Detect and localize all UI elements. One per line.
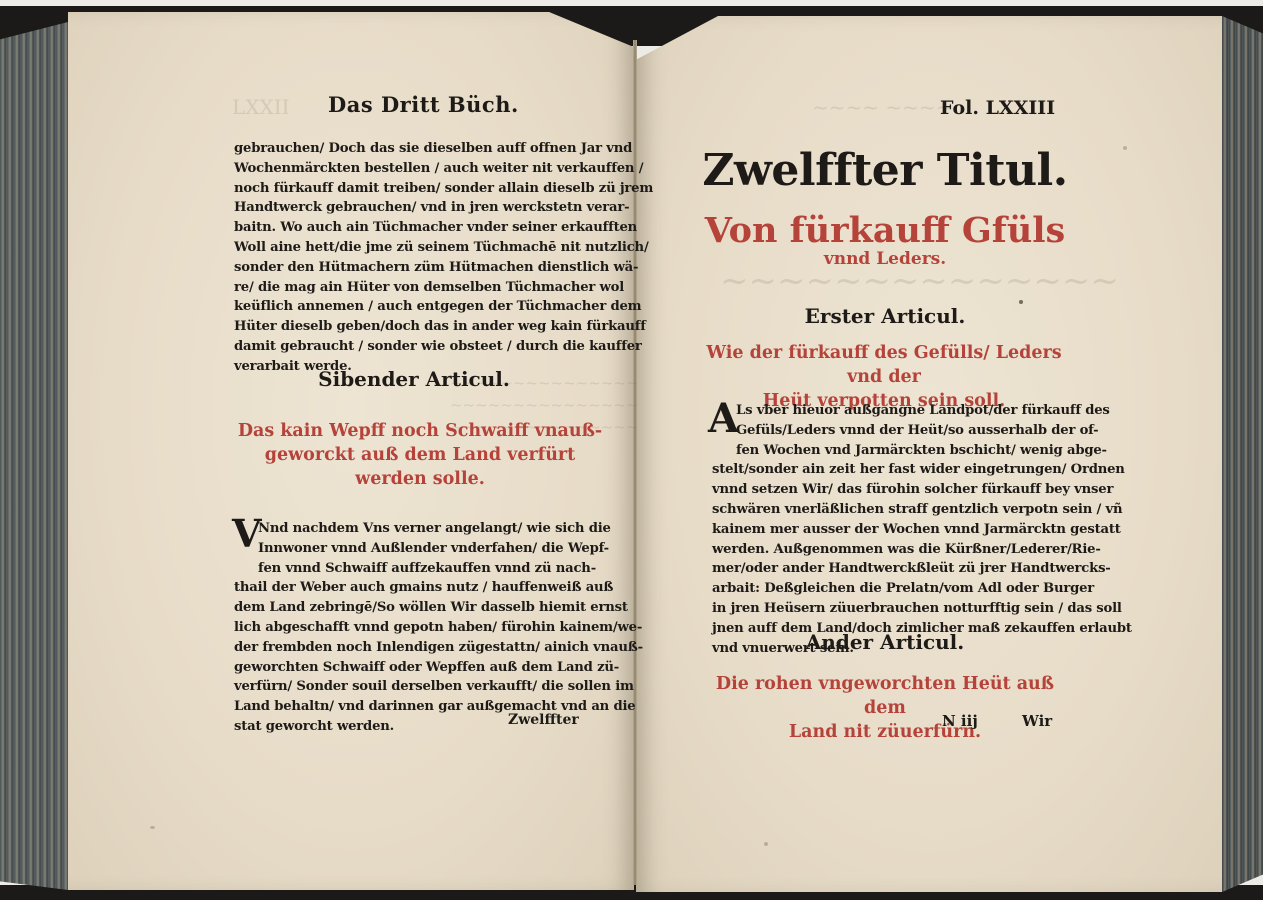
text-line: dem Land zebringē/So wöllen Wir dasselb …: [234, 598, 594, 618]
text-line: damit gebraucht / sonder wie obsteet / d…: [234, 337, 594, 357]
text-line: sonder den Hütmachern züm Hütmachen dien…: [234, 258, 594, 278]
text-line: Hüter dieselb geben/doch das in ander we…: [234, 317, 594, 337]
foxing-spot: [1123, 146, 1127, 150]
text-line: lich abgeschafft vnnd gepotn haben/ füro…: [234, 618, 594, 638]
catchword: Zwelffter: [508, 712, 579, 728]
text-line: arbait: Deßgleichen die Prelatn/vom Adl …: [712, 579, 1068, 599]
text-line: Gefüls/Leders vnnd der Heüt/so ausserhal…: [712, 421, 1068, 441]
foxing-spot: [1019, 300, 1023, 304]
text-line: mer/oder ander Handtwerckßleüt zü jrer H…: [712, 559, 1068, 579]
text-line: Innwoner vnnd Außlender vnderfahen/ die …: [234, 539, 594, 559]
text-line: verfürn/ Sonder souil derselben verkauff…: [234, 677, 594, 697]
text-line: Woll aine hett/die jme zü seinem Tüchmac…: [234, 238, 594, 258]
rubric-line: Wie der fürkauff des Gefülls/ Leders vnd…: [704, 341, 1064, 389]
text-line: thail der Weber auch gmains nutz / hauff…: [234, 578, 594, 598]
right-body-text: Ls vber hieuor außgangne Landpot/der für…: [712, 401, 1068, 658]
text-line: Wochenmärckten bestellen / auch weiter n…: [234, 159, 594, 179]
rubric-2: Die rohen vngeworchten Heüt auß dem Land…: [704, 672, 1066, 744]
text-line: fen vnnd Schwaiff auffzekauffen vnnd zü …: [234, 559, 594, 579]
article-heading: Erster Articul.: [700, 304, 1070, 328]
text-line: Handtwerck gebrauchen/ vnd in jren werck…: [234, 198, 594, 218]
text-line: stelt/sonder ain zeit her fast wider ein…: [712, 460, 1068, 480]
left-body-text-2: Nnd nachdem Vns verner angelangt/ wie si…: [234, 519, 594, 737]
folio-number: Fol. LXXIII: [940, 97, 1055, 119]
signature-mark: N iij: [942, 712, 978, 730]
subtitle-line: Von fürkauff Gfüls: [700, 210, 1070, 251]
text-line: geworchten Schwaiff oder Wepffen auß dem…: [234, 658, 594, 678]
running-head: Das Dritt Büch.: [328, 92, 519, 117]
left-page-block-edge: [0, 22, 68, 890]
text-line: re/ die mag ain Hüter von demselben Tüch…: [234, 278, 594, 298]
text-line: der frembden noch Inlendigen zügestattn/…: [234, 638, 594, 658]
article-heading-2: Ander Articul.: [700, 630, 1070, 654]
text-line: keüflich annemen / auch entgegen der Tüc…: [234, 297, 594, 317]
chapter-subtitle: Von fürkauff Gfüls vnnd Leders.: [700, 210, 1070, 269]
text-line: kainem mer ausser der Wochen vnnd Jarmär…: [712, 520, 1068, 540]
text-line: vnnd setzen Wir/ das fürohin solcher für…: [712, 480, 1068, 500]
bleed-through-running-head: ~~~~ ~~~~: [812, 96, 952, 118]
text-line: werden. Außgenommen was die Kürßner/Lede…: [712, 540, 1068, 560]
rubric-line: geworckt auß dem Land verfürt: [234, 443, 606, 467]
text-line: gebrauchen/ Doch das sie dieselben auff …: [234, 139, 594, 159]
text-line: schwären vnerläßlichen straff gentzlich …: [712, 500, 1068, 520]
subtitle-line: vnnd Leders.: [700, 249, 1070, 269]
foxing-spot: [764, 842, 768, 846]
text-line: in jren Heüsern züuerbrauchen notturffti…: [712, 599, 1068, 619]
text-line: Nnd nachdem Vns verner angelangt/ wie si…: [234, 519, 594, 539]
bleed-through-folio: LXXII: [232, 96, 290, 118]
chapter-title: Zwelffter Titul.: [700, 145, 1070, 196]
rubric-line: Land nit züuerfürn.: [704, 720, 1066, 744]
right-page-block-edge: [1222, 16, 1263, 892]
rubric-line: Das kain Wepff noch Schwaiff vnauß-: [234, 419, 606, 443]
bleed-through-title: ~~~~~~~~~~~~~~: [720, 270, 1119, 292]
text-line: baitn. Wo auch ain Tüchmacher vnder sein…: [234, 218, 594, 238]
foxing-spot: [150, 826, 155, 829]
text-line: noch fürkauff damit treiben/ sonder alla…: [234, 179, 594, 199]
rubric-line: Die rohen vngeworchten Heüt auß dem: [704, 672, 1066, 720]
article-heading: Sibender Articul.: [234, 367, 594, 391]
text-line: fen Wochen vnd Jarmärckten bschicht/ wen…: [712, 441, 1068, 461]
catchword: Wir: [1022, 712, 1052, 730]
text-line: Ls vber hieuor außgangne Landpot/der für…: [712, 401, 1068, 421]
rubric-line: werden solle.: [234, 467, 606, 491]
rubric: Das kain Wepff noch Schwaiff vnauß- gewo…: [234, 419, 606, 491]
left-body-text: gebrauchen/ Doch das sie dieselben auff …: [234, 139, 594, 377]
